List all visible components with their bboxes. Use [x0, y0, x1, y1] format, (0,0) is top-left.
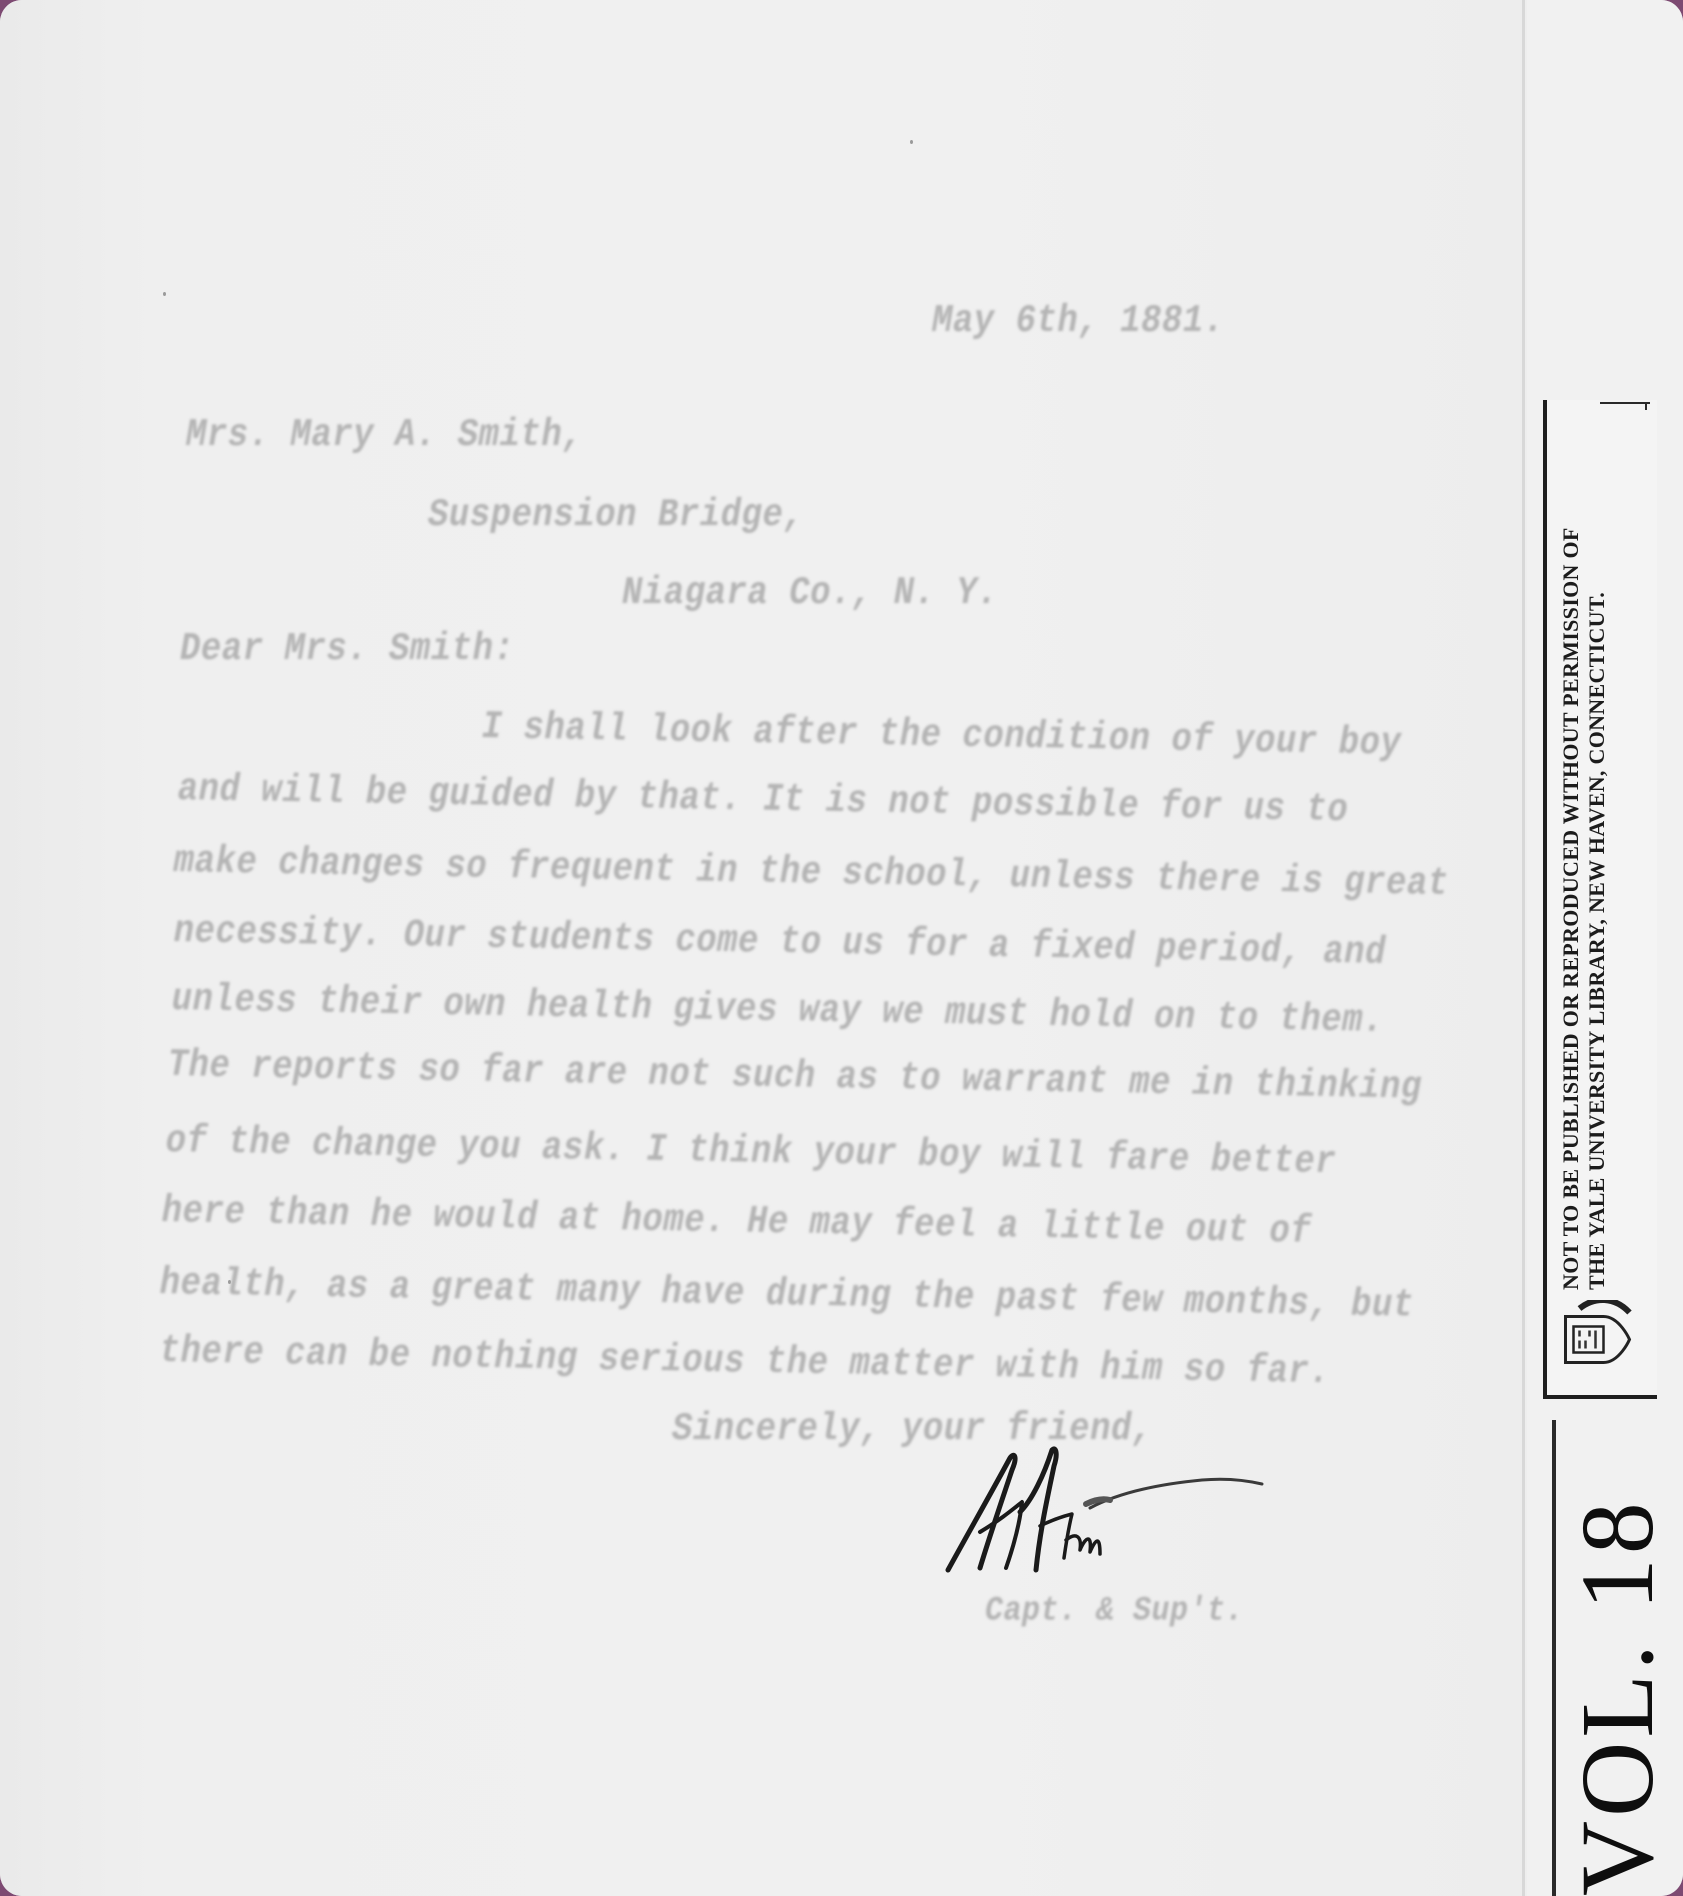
- body-line: of the change you ask. I think your boy …: [165, 1120, 1336, 1185]
- body-line: make changes so frequent in the school, …: [173, 840, 1449, 907]
- volume-frame-line: [1552, 1420, 1556, 1896]
- stamp-border: [1645, 402, 1647, 410]
- signer-title: Capt. & Sup't.: [985, 1592, 1244, 1631]
- document-viewer: May 6th, 1881. Mrs. Mary A. Smith, Suspe…: [0, 0, 1683, 1896]
- recipient-name: Mrs. Mary A. Smith,: [186, 414, 583, 458]
- stamp-line-2: THE YALE UNIVERSITY LIBRARY, NEW HAVEN, …: [1584, 527, 1610, 1290]
- handwritten-signature: [940, 1440, 1270, 1580]
- body-line: and will be guided by that. It is not po…: [177, 768, 1348, 833]
- recipient-address-2: Niagara Co., N. Y.: [622, 572, 998, 616]
- stamp-border: [1600, 402, 1650, 404]
- body-line: there can be nothing serious the matter …: [159, 1330, 1330, 1395]
- yale-seal-icon: [1560, 1300, 1650, 1375]
- letter-page: May 6th, 1881. Mrs. Mary A. Smith, Suspe…: [0, 0, 1524, 1896]
- body-line: health, as a great many have during the …: [159, 1262, 1414, 1328]
- salutation: Dear Mrs. Smith:: [180, 628, 514, 672]
- scan-speck: [163, 292, 166, 296]
- page-edge: [1522, 0, 1525, 1896]
- letter-date: May 6th, 1881.: [932, 300, 1225, 344]
- archive-stamp-text: NOT TO BE PUBLISHED OR REPRODUCED WITHOU…: [1558, 527, 1610, 1290]
- stamp-line-1: NOT TO BE PUBLISHED OR REPRODUCED WITHOU…: [1558, 527, 1584, 1290]
- body-line: unless their own health gives way we mus…: [171, 978, 1384, 1044]
- recipient-address-1: Suspension Bridge,: [428, 494, 804, 538]
- body-line: I shall look after the condition of your…: [481, 706, 1401, 766]
- body-line: The reports so far are not such as to wa…: [167, 1044, 1422, 1110]
- body-line: here than he would at home. He may feel …: [161, 1190, 1311, 1254]
- scan-speck: [910, 140, 913, 144]
- volume-label: VOL. 18: [1563, 1498, 1673, 1896]
- body-line: necessity. Our students come to us for a…: [173, 910, 1386, 976]
